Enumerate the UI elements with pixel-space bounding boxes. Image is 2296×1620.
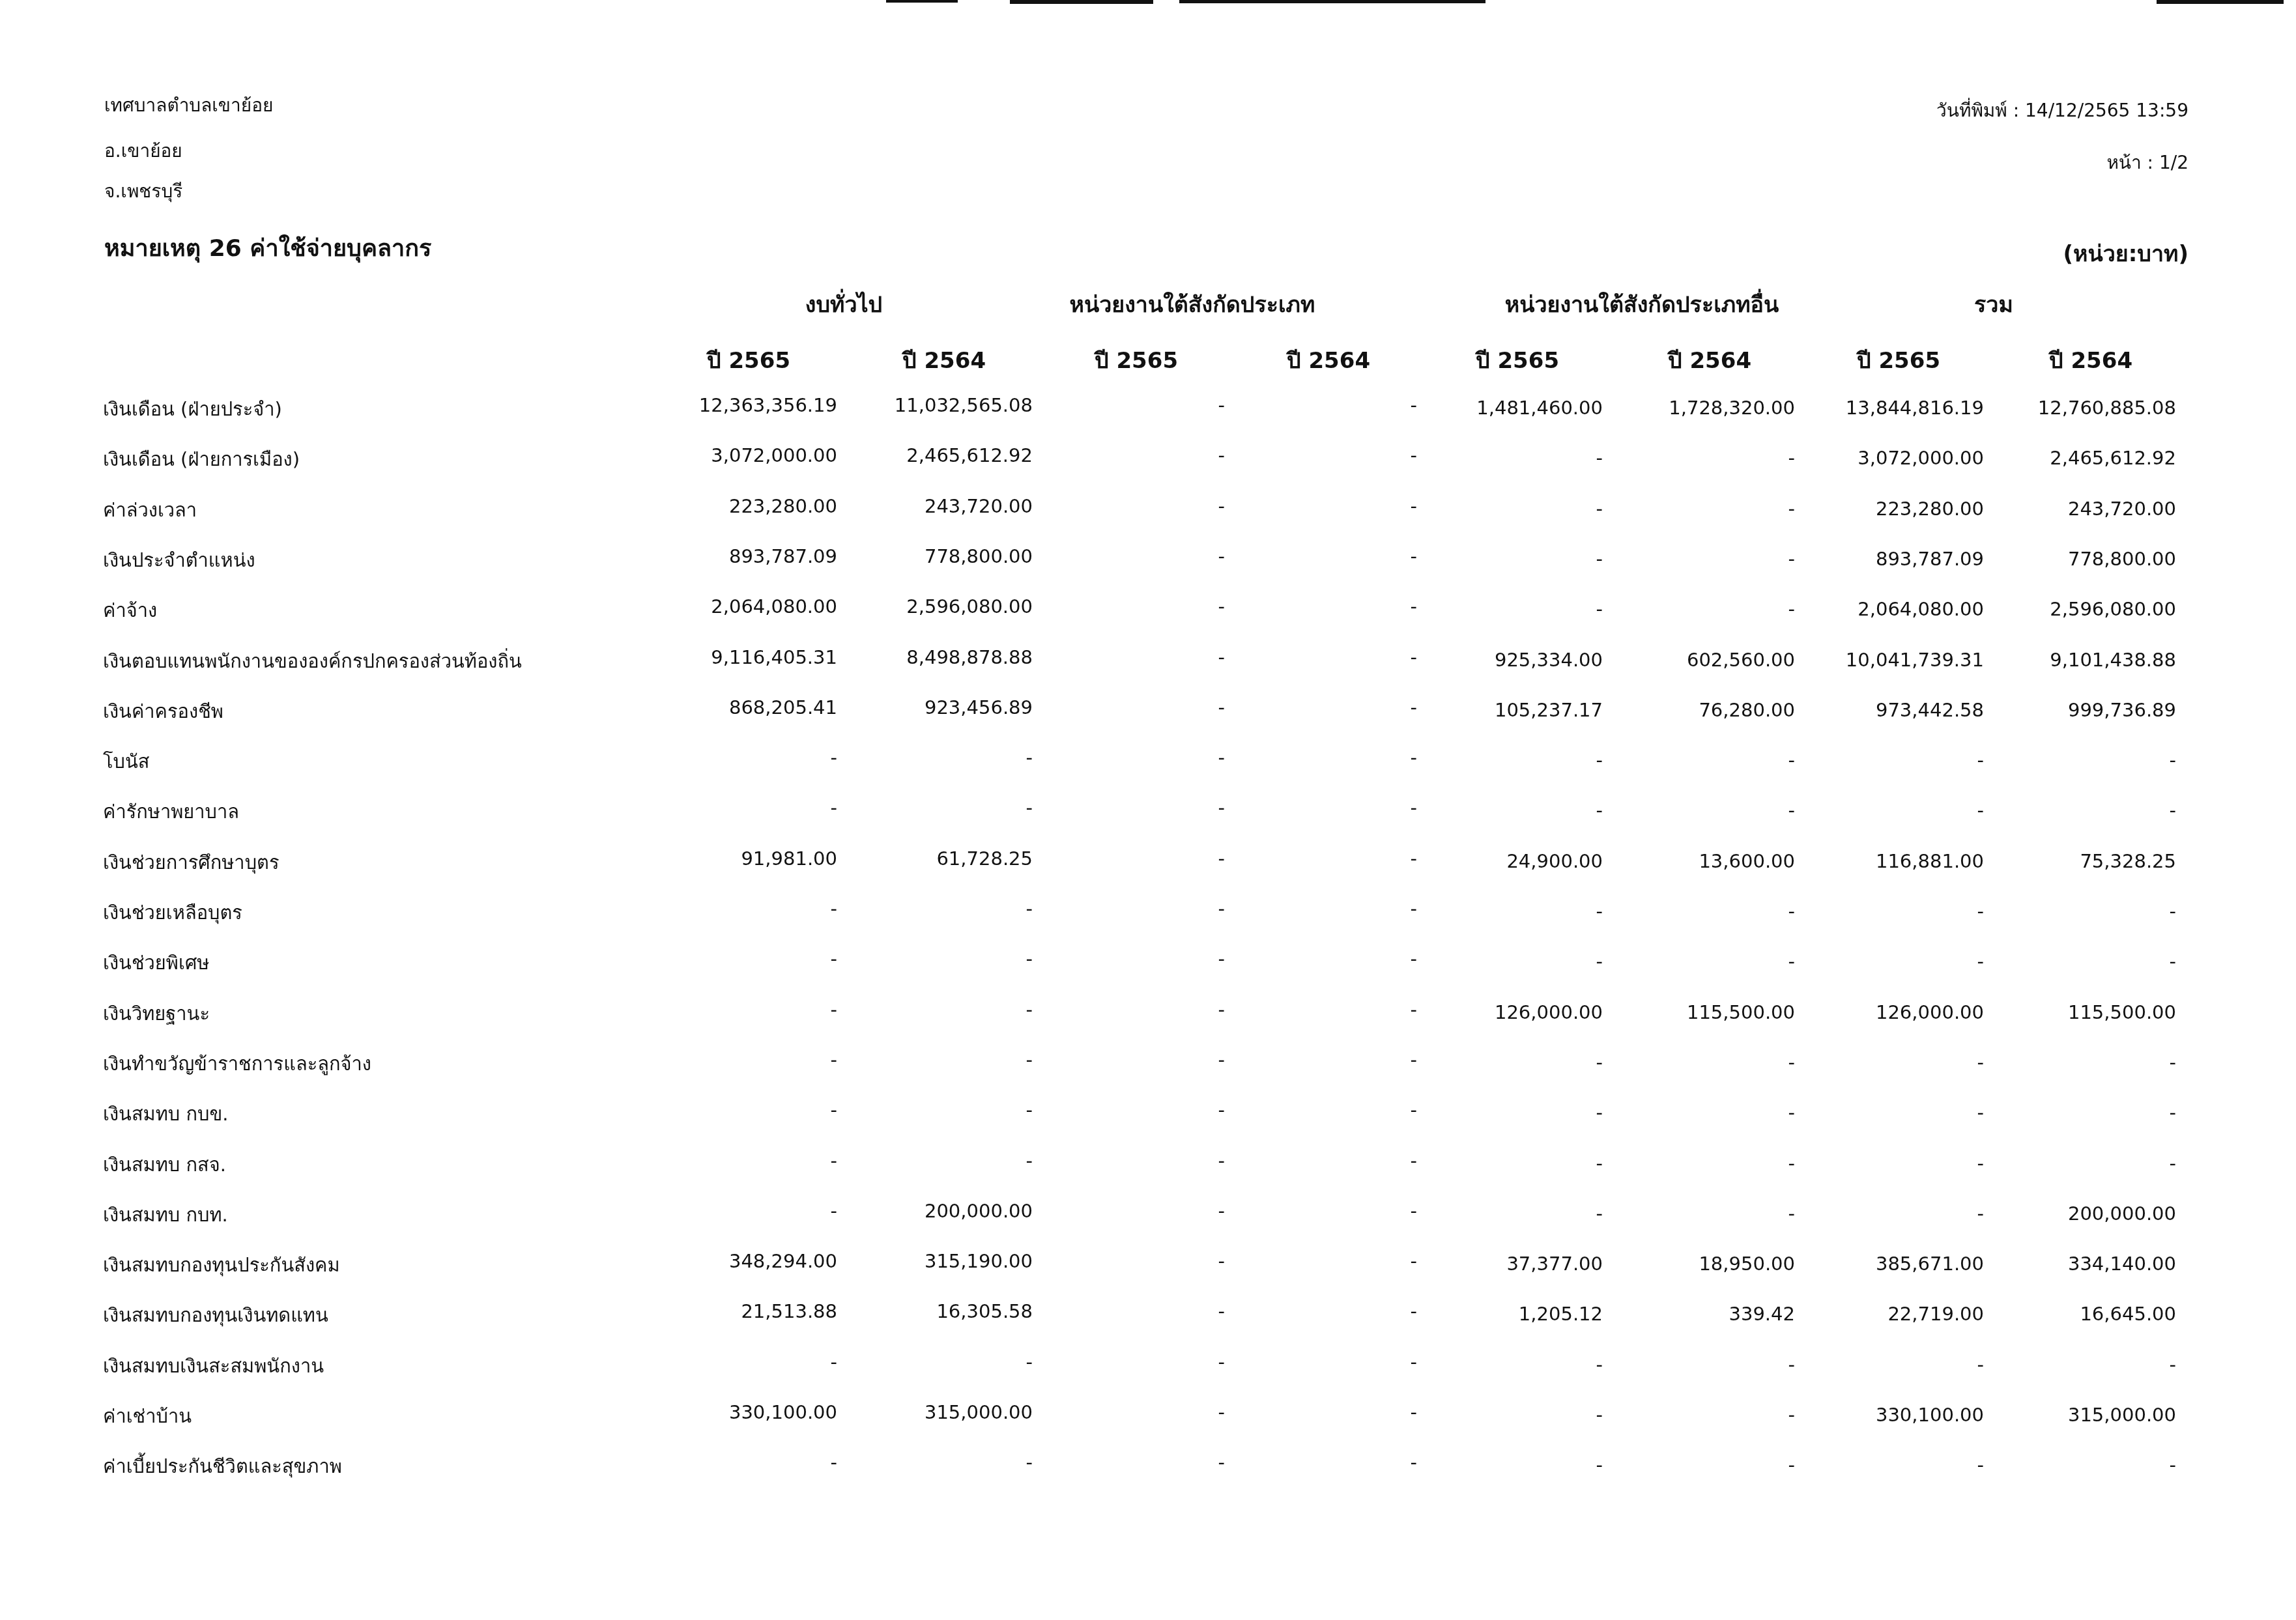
value-cell: -: [642, 1150, 837, 1172]
value-cell: -: [1407, 1152, 1603, 1174]
value-cell: 223,280.00: [642, 495, 837, 517]
value-cell: -: [1222, 1250, 1417, 1272]
table-row: ค่าเช่าบ้าน330,100.00315,000.00----330,1…: [0, 1401, 2296, 1440]
row-label: ค่าล่วงเวลา: [103, 495, 197, 525]
value-cell: -: [1029, 1150, 1225, 1172]
value-cell: 9,116,405.31: [642, 646, 837, 668]
row-label: เงินสมทบ กบท.: [103, 1200, 228, 1230]
value-cell: -: [1788, 1152, 1984, 1174]
value-cell: -: [1029, 1250, 1225, 1272]
value-cell: 868,205.41: [642, 696, 837, 718]
value-cell: 2,064,080.00: [642, 595, 837, 618]
row-label: เงินสมทบกองทุนประกันสังคม: [103, 1250, 340, 1280]
value-cell: -: [1222, 1300, 1417, 1322]
value-cell: -: [1222, 1150, 1417, 1172]
value-cell: -: [1222, 746, 1417, 769]
value-cell: -: [837, 898, 1033, 920]
value-cell: 200,000.00: [1981, 1202, 2176, 1225]
row-label: ค่าเบี้ยประกันชีวิตและสุขภาพ: [103, 1451, 342, 1481]
value-cell: -: [1407, 749, 1603, 771]
value-cell: -: [1029, 495, 1225, 517]
row-label: ค่ารักษาพยาบาล: [103, 797, 239, 827]
value-cell: -: [1600, 1202, 1795, 1225]
value-cell: 3,072,000.00: [642, 444, 837, 466]
value-cell: 334,140.00: [1981, 1253, 2176, 1275]
year-header: ปี 2564: [1287, 343, 1370, 378]
value-cell: -: [1222, 495, 1417, 517]
value-cell: -: [1029, 1200, 1225, 1222]
scan-artifact: [1179, 0, 1485, 3]
value-cell: -: [1600, 548, 1795, 570]
value-cell: -: [1600, 900, 1795, 922]
table-row: ค่าจ้าง2,064,080.002,596,080.00----2,064…: [0, 595, 2296, 634]
organization-name: เทศบาลตำบลเขาย้อย: [104, 91, 273, 120]
value-cell: 602,560.00: [1600, 649, 1795, 671]
value-cell: -: [1222, 999, 1417, 1021]
value-cell: -: [1029, 898, 1225, 920]
value-cell: -: [1788, 1354, 1984, 1376]
value-cell: -: [837, 746, 1033, 769]
value-cell: -: [1222, 1351, 1417, 1373]
value-cell: 330,100.00: [1788, 1404, 1984, 1426]
value-cell: 348,294.00: [642, 1250, 837, 1272]
district-name: อ.เขาย้อย: [104, 137, 182, 165]
value-cell: -: [837, 1451, 1033, 1473]
value-cell: -: [837, 999, 1033, 1021]
value-cell: 973,442.58: [1788, 699, 1984, 721]
row-label: เงินสมทบ กบข.: [103, 1099, 228, 1129]
value-cell: 9,101,438.88: [1981, 649, 2176, 671]
value-cell: -: [1222, 1049, 1417, 1071]
value-cell: 61,728.25: [837, 847, 1033, 870]
value-cell: -: [1029, 696, 1225, 718]
value-cell: 1,481,460.00: [1407, 397, 1603, 419]
scan-artifact: [886, 0, 958, 3]
value-cell: -: [1407, 447, 1603, 469]
group-header: หน่วยงานใต้สังกัดประเภท: [1010, 287, 1375, 322]
table-row: ค่ารักษาพยาบาล--------: [0, 797, 2296, 836]
value-cell: -: [1222, 1200, 1417, 1222]
value-cell: -: [1407, 950, 1603, 973]
value-cell: -: [642, 999, 837, 1021]
value-cell: 116,881.00: [1788, 850, 1984, 872]
value-cell: -: [1407, 498, 1603, 520]
unit-label: (หน่วย:บาท): [2063, 236, 2188, 271]
value-cell: -: [1222, 595, 1417, 618]
value-cell: -: [642, 746, 837, 769]
value-cell: -: [1600, 799, 1795, 821]
table-row: เงินสมทบ กสจ.--------: [0, 1150, 2296, 1189]
value-cell: -: [837, 1150, 1033, 1172]
value-cell: -: [1222, 1451, 1417, 1473]
value-cell: -: [1407, 1454, 1603, 1476]
value-cell: 75,328.25: [1981, 850, 2176, 872]
table-row: เงินช่วยพิเศษ--------: [0, 948, 2296, 987]
value-cell: -: [1788, 900, 1984, 922]
value-cell: 126,000.00: [1788, 1001, 1984, 1023]
year-header: ปี 2564: [1668, 343, 1751, 378]
year-header: ปี 2565: [1857, 343, 1940, 378]
value-cell: 11,032,565.08: [837, 394, 1033, 416]
value-cell: -: [837, 948, 1033, 970]
value-cell: -: [642, 797, 837, 819]
table-row: ค่าเบี้ยประกันชีวิตและสุขภาพ--------: [0, 1451, 2296, 1490]
row-label: เงินเดือน (ฝ่ายการเมือง): [103, 444, 300, 474]
value-cell: 223,280.00: [1788, 498, 1984, 520]
value-cell: -: [837, 1351, 1033, 1373]
row-label: โบนัส: [103, 746, 150, 776]
value-cell: -: [642, 1099, 837, 1121]
value-cell: -: [1981, 1454, 2176, 1476]
table-row: เงินสมทบ กบข.--------: [0, 1099, 2296, 1138]
value-cell: -: [1788, 749, 1984, 771]
value-cell: -: [1407, 1101, 1603, 1124]
value-cell: -: [1600, 598, 1795, 620]
value-cell: -: [1029, 444, 1225, 466]
value-cell: -: [1788, 1051, 1984, 1073]
value-cell: -: [1981, 1051, 2176, 1073]
table-row: เงินวิทยฐานะ----126,000.00115,500.00126,…: [0, 999, 2296, 1038]
print-date: วันที่พิมพ์ : 14/12/2565 13:59: [1936, 96, 2188, 125]
value-cell: -: [1029, 1451, 1225, 1473]
value-cell: -: [1407, 1354, 1603, 1376]
value-cell: 76,280.00: [1600, 699, 1795, 721]
value-cell: -: [1222, 394, 1417, 416]
value-cell: -: [1222, 847, 1417, 870]
value-cell: 24,900.00: [1407, 850, 1603, 872]
value-cell: -: [1222, 1099, 1417, 1121]
value-cell: 243,720.00: [837, 495, 1033, 517]
table-row: เงินสมทบ กบท.-200,000.00-----200,000.00: [0, 1200, 2296, 1239]
value-cell: -: [1981, 1101, 2176, 1124]
value-cell: 22,719.00: [1788, 1303, 1984, 1325]
value-cell: -: [1222, 797, 1417, 819]
group-header: หน่วยงานใต้สังกัดประเภทอื่น: [1459, 287, 1824, 322]
value-cell: -: [1981, 799, 2176, 821]
value-cell: -: [1981, 749, 2176, 771]
table-row: เงินสมทบเงินสะสมพนักงาน--------: [0, 1351, 2296, 1390]
value-cell: -: [1600, 1101, 1795, 1124]
value-cell: -: [1600, 498, 1795, 520]
value-cell: 315,000.00: [837, 1401, 1033, 1423]
value-cell: -: [1981, 1354, 2176, 1376]
value-cell: -: [642, 1049, 837, 1071]
row-label: ค่าเช่าบ้าน: [103, 1401, 192, 1431]
row-label: เงินทำขวัญข้าราชการและลูกจ้าง: [103, 1049, 371, 1079]
value-cell: -: [1222, 646, 1417, 668]
value-cell: 13,600.00: [1600, 850, 1795, 872]
value-cell: 21,513.88: [642, 1300, 837, 1322]
value-cell: -: [1029, 847, 1225, 870]
value-cell: 105,237.17: [1407, 699, 1603, 721]
value-cell: 893,787.09: [642, 545, 837, 567]
table-row: เงินสมทบกองทุนเงินทดแทน21,513.8816,305.5…: [0, 1300, 2296, 1339]
value-cell: 18,950.00: [1600, 1253, 1795, 1275]
value-cell: 330,100.00: [642, 1401, 837, 1423]
value-cell: -: [642, 898, 837, 920]
value-cell: 10,041,739.31: [1788, 649, 1984, 671]
value-cell: 1,728,320.00: [1600, 397, 1795, 419]
value-cell: -: [1788, 950, 1984, 973]
value-cell: -: [1981, 900, 2176, 922]
value-cell: -: [1407, 1404, 1603, 1426]
scan-artifact: [2157, 0, 2284, 4]
value-cell: 1,205.12: [1407, 1303, 1603, 1325]
row-label: เงินสมทบเงินสะสมพนักงาน: [103, 1351, 324, 1381]
value-cell: -: [1222, 545, 1417, 567]
row-label: เงินสมทบ กสจ.: [103, 1150, 226, 1180]
value-cell: 315,190.00: [837, 1250, 1033, 1272]
table-row: เงินช่วยการศึกษาบุตร91,981.0061,728.25--…: [0, 847, 2296, 887]
value-cell: -: [1029, 545, 1225, 567]
value-cell: 115,500.00: [1600, 1001, 1795, 1023]
value-cell: -: [1600, 447, 1795, 469]
table-row: เงินตอบแทนพนักงานขององค์กรปกครองส่วนท้อง…: [0, 646, 2296, 685]
value-cell: -: [1029, 797, 1225, 819]
value-cell: -: [1788, 1101, 1984, 1124]
value-cell: 12,363,356.19: [642, 394, 837, 416]
year-header: ปี 2565: [1095, 343, 1178, 378]
value-cell: -: [1029, 999, 1225, 1021]
value-cell: -: [1029, 1099, 1225, 1121]
table-row: เงินช่วยเหลือบุตร--------: [0, 898, 2296, 937]
table-row: เงินเดือน (ฝ่ายประจำ)12,363,356.1911,032…: [0, 394, 2296, 433]
value-cell: 778,800.00: [837, 545, 1033, 567]
year-header: ปี 2564: [2049, 343, 2132, 378]
value-cell: -: [1029, 1049, 1225, 1071]
value-cell: -: [1788, 799, 1984, 821]
table-row: ค่าล่วงเวลา223,280.00243,720.00----223,2…: [0, 495, 2296, 534]
value-cell: 16,305.58: [837, 1300, 1033, 1322]
value-cell: -: [1407, 598, 1603, 620]
row-label: เงินช่วยเหลือบุตร: [103, 898, 242, 928]
year-header: ปี 2565: [707, 343, 790, 378]
value-cell: 13,844,816.19: [1788, 397, 1984, 419]
province-name: จ.เพชรบุรี: [104, 177, 182, 206]
value-cell: 385,671.00: [1788, 1253, 1984, 1275]
value-cell: -: [1029, 646, 1225, 668]
value-cell: 339.42: [1600, 1303, 1795, 1325]
value-cell: 2,596,080.00: [837, 595, 1033, 618]
value-cell: 243,720.00: [1981, 498, 2176, 520]
value-cell: 893,787.09: [1788, 548, 1984, 570]
row-label: เงินประจำตำแหน่ง: [103, 545, 255, 575]
value-cell: -: [1222, 948, 1417, 970]
value-cell: -: [1029, 595, 1225, 618]
year-header: ปี 2565: [1476, 343, 1559, 378]
value-cell: -: [1600, 1354, 1795, 1376]
row-label: เงินตอบแทนพนักงานขององค์กรปกครองส่วนท้อง…: [103, 646, 522, 676]
value-cell: -: [1981, 1152, 2176, 1174]
value-cell: 315,000.00: [1981, 1404, 2176, 1426]
value-cell: -: [1222, 696, 1417, 718]
value-cell: -: [1222, 444, 1417, 466]
value-cell: 923,456.89: [837, 696, 1033, 718]
table-row: เงินเดือน (ฝ่ายการเมือง)3,072,000.002,46…: [0, 444, 2296, 483]
value-cell: -: [1222, 1401, 1417, 1423]
table-row: เงินค่าครองชีพ868,205.41923,456.89--105,…: [0, 696, 2296, 735]
value-cell: -: [1407, 1051, 1603, 1073]
value-cell: -: [1788, 1202, 1984, 1225]
group-header: รวม: [1811, 287, 2176, 322]
value-cell: 91,981.00: [642, 847, 837, 870]
value-cell: 2,596,080.00: [1981, 598, 2176, 620]
row-label: เงินเดือน (ฝ่ายประจำ): [103, 394, 282, 424]
table-row: โบนัส--------: [0, 746, 2296, 786]
row-label: เงินช่วยการศึกษาบุตร: [103, 847, 279, 877]
value-cell: -: [1029, 394, 1225, 416]
value-cell: 126,000.00: [1407, 1001, 1603, 1023]
table-row: เงินสมทบกองทุนประกันสังคม348,294.00315,1…: [0, 1250, 2296, 1289]
value-cell: -: [1981, 950, 2176, 973]
note-title: หมายเหตุ 26 ค่าใช้จ่ายบุคลากร: [104, 229, 431, 266]
year-header: ปี 2564: [902, 343, 986, 378]
value-cell: 3,072,000.00: [1788, 447, 1984, 469]
value-cell: -: [1029, 948, 1225, 970]
value-cell: 925,334.00: [1407, 649, 1603, 671]
row-label: ค่าจ้าง: [103, 595, 157, 625]
value-cell: -: [1788, 1454, 1984, 1476]
value-cell: 778,800.00: [1981, 548, 2176, 570]
value-cell: 2,465,612.92: [1981, 447, 2176, 469]
value-cell: -: [1407, 1202, 1603, 1225]
row-label: เงินค่าครองชีพ: [103, 696, 223, 726]
value-cell: 37,377.00: [1407, 1253, 1603, 1275]
value-cell: -: [1600, 1404, 1795, 1426]
page-number: หน้า : 1/2: [2106, 149, 2188, 177]
value-cell: -: [642, 1351, 837, 1373]
value-cell: -: [1600, 1454, 1795, 1476]
value-cell: 16,645.00: [1981, 1303, 2176, 1325]
value-cell: 200,000.00: [837, 1200, 1033, 1222]
value-cell: -: [837, 1099, 1033, 1121]
table-row: เงินประจำตำแหน่ง893,787.09778,800.00----…: [0, 545, 2296, 584]
value-cell: -: [1407, 548, 1603, 570]
row-label: เงินช่วยพิเศษ: [103, 948, 209, 978]
value-cell: -: [1029, 1351, 1225, 1373]
value-cell: -: [1407, 900, 1603, 922]
value-cell: -: [642, 1200, 837, 1222]
value-cell: -: [1029, 746, 1225, 769]
table-row: เงินทำขวัญข้าราชการและลูกจ้าง--------: [0, 1049, 2296, 1088]
row-label: เงินวิทยฐานะ: [103, 999, 210, 1029]
value-cell: 115,500.00: [1981, 1001, 2176, 1023]
value-cell: 2,064,080.00: [1788, 598, 1984, 620]
value-cell: 8,498,878.88: [837, 646, 1033, 668]
scan-artifact: [1010, 0, 1153, 4]
value-cell: -: [642, 948, 837, 970]
value-cell: -: [1600, 1152, 1795, 1174]
value-cell: -: [837, 1049, 1033, 1071]
value-cell: -: [1600, 950, 1795, 973]
group-header: งบทั่วไป: [661, 287, 1026, 322]
value-cell: -: [1600, 1051, 1795, 1073]
row-label: เงินสมทบกองทุนเงินทดแทน: [103, 1300, 328, 1330]
value-cell: -: [1407, 799, 1603, 821]
value-cell: 999,736.89: [1981, 699, 2176, 721]
value-cell: -: [1222, 898, 1417, 920]
value-cell: 12,760,885.08: [1981, 397, 2176, 419]
value-cell: -: [642, 1451, 837, 1473]
value-cell: -: [837, 797, 1033, 819]
value-cell: -: [1029, 1401, 1225, 1423]
value-cell: -: [1029, 1300, 1225, 1322]
value-cell: 2,465,612.92: [837, 444, 1033, 466]
value-cell: -: [1600, 749, 1795, 771]
